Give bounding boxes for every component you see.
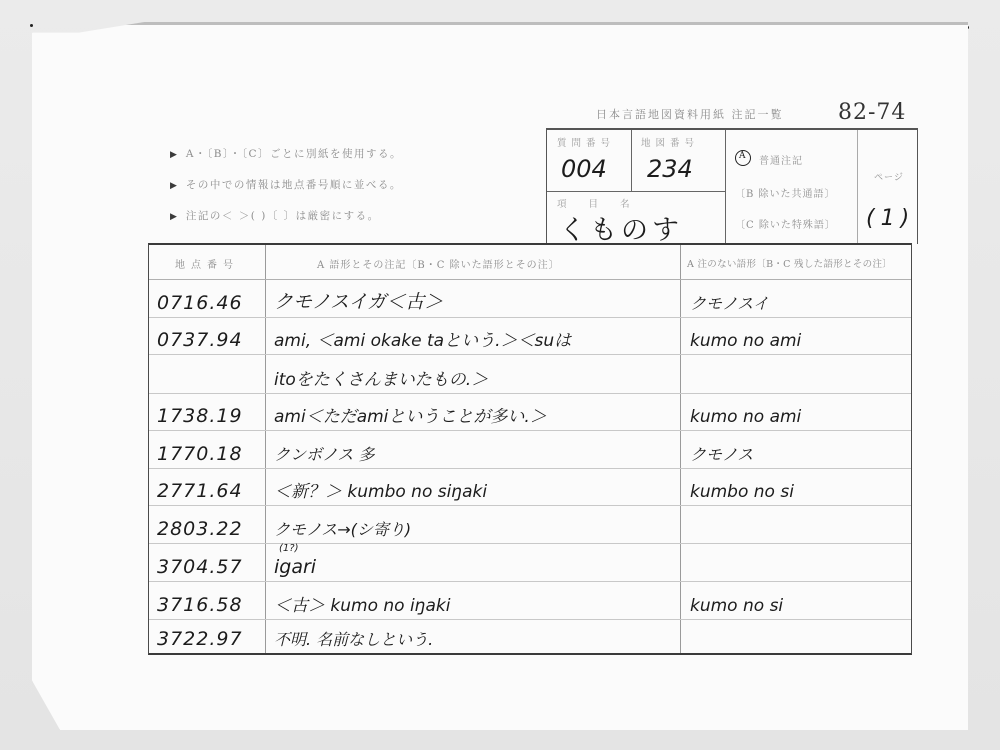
table-row: 3704.57 (1?) igari — [149, 543, 911, 582]
question-number-cell: 質問番号 004 — [547, 130, 632, 192]
page-label: ページ — [874, 170, 904, 183]
table-row: 0716.46 クモノスイガ＜古＞ クモノスイ — [149, 280, 911, 318]
form-plain: クモノスイ — [690, 291, 769, 314]
option-marker: A — [739, 151, 747, 161]
table-row: itoをたくさんまいたもの.＞ — [149, 354, 911, 394]
form-note: itoをたくさんまいたもの.＞ — [274, 365, 488, 390]
form-annotation: (1?) — [279, 543, 298, 554]
point-number: 2771.64 — [157, 480, 243, 502]
form-plain: クモノス — [690, 442, 753, 465]
annotation-table: 地点番号 A 語形とその注記〔B・C 除いた語形とその注〕 A 注のない語形〔B… — [148, 243, 912, 655]
form-plain: kumbo no si — [690, 482, 794, 502]
map-number-value: 234 — [647, 155, 693, 183]
form-note: ami＜ただamiということが多い.＞ — [274, 402, 547, 427]
triangle-bullet-icon: ▶ — [170, 181, 177, 191]
table-row: 0737.94 ami, ＜ami okake taという.＞＜suは kumo… — [149, 317, 911, 355]
option-a: 普通注記 — [759, 152, 803, 167]
point-number: 0716.46 — [157, 292, 243, 314]
instruction-item: ▶注記の＜ ＞( )〔 〕は厳密にする。 — [170, 208, 402, 239]
instruction-item: ▶その中での情報は地点番号順に並べる。 — [170, 177, 402, 208]
page-value: (1) — [866, 206, 915, 231]
sheet-title: 日本言語地図資料用紙 注記一覧 — [596, 106, 784, 122]
form-note: ＜新？＞ kumbo no siŋaki — [274, 477, 487, 502]
column-header-point: 地点番号 — [175, 256, 239, 271]
table-row: 2771.64 ＜新？＞ kumbo no siŋaki kumbo no si — [149, 468, 911, 506]
table-row: 3722.97 不明. 名前なしという. — [149, 619, 911, 653]
question-number-value: 004 — [561, 155, 607, 183]
instruction-item: ▶A・〔B〕・〔C〕ごとに別紙を使用する。 — [170, 146, 402, 177]
instructions: ▶A・〔B〕・〔C〕ごとに別紙を使用する。 ▶その中での情報は地点番号順に並べる… — [170, 146, 402, 239]
item-name-value: くものす — [559, 208, 683, 247]
point-number: 3704.57 — [157, 556, 243, 578]
table-row: 1738.19 ami＜ただamiということが多い.＞ kumo no ami — [149, 393, 911, 431]
form-note: ami, ＜ami okake taという.＞＜suは — [274, 326, 571, 351]
form-plain: kumo no ami — [690, 407, 801, 427]
speck — [30, 24, 33, 27]
form-note: ＜古＞ kumo no iŋaki — [274, 591, 450, 616]
triangle-bullet-icon: ▶ — [170, 212, 177, 222]
point-number: 1770.18 — [157, 443, 243, 465]
item-name-cell: 項目名 くものす — [547, 191, 726, 244]
form-plain: kumo no si — [690, 596, 783, 616]
column-header-form-note: A 語形とその注記〔B・C 除いた語形とその注〕 — [317, 256, 560, 271]
form-note: クモノス→(シ寄り) — [274, 517, 411, 540]
question-number-label: 質問番号 — [557, 135, 615, 149]
sheet-number: 82-74 — [838, 100, 906, 125]
form-note: igari — [274, 556, 316, 578]
form-note: 不明. 名前なしという. — [274, 627, 433, 650]
table-header-row: 地点番号 A 語形とその注記〔B・C 除いた語形とその注〕 A 注のない語形〔B… — [149, 245, 911, 280]
point-number: 3716.58 — [157, 594, 243, 616]
map-number-label: 地図番号 — [641, 135, 699, 149]
table-row: 1770.18 クンボノス 多 クモノス — [149, 430, 911, 469]
triangle-bullet-icon: ▶ — [170, 150, 177, 160]
table-row: 2803.22 クモノス→(シ寄り) — [149, 505, 911, 544]
point-number: 0737.94 — [157, 329, 243, 351]
option-c: 〔C 除いた特殊語〕 — [735, 216, 836, 231]
page-cell: ページ (1) — [857, 130, 918, 244]
point-number: 3722.97 — [157, 628, 243, 650]
form-note: クンボノス 多 — [274, 442, 374, 465]
table-row: 3716.58 ＜古＞ kumo no iŋaki kumo no si — [149, 581, 911, 620]
header-box: 質問番号 004 地図番号 234 項目名 くものす A 普通注記 〔B 除いた… — [546, 128, 918, 244]
form-plain: kumo no ami — [690, 331, 801, 351]
column-header-form-plain: A 注のない語形〔B・C 残した語形とその注〕 — [687, 256, 892, 270]
point-number: 2803.22 — [157, 518, 243, 540]
option-b: 〔B 除いた共通語〕 — [735, 185, 836, 200]
point-number: 1738.19 — [157, 405, 243, 427]
form-note: クモノスイガ＜古＞ — [274, 287, 443, 314]
map-number-cell: 地図番号 234 — [631, 130, 726, 192]
